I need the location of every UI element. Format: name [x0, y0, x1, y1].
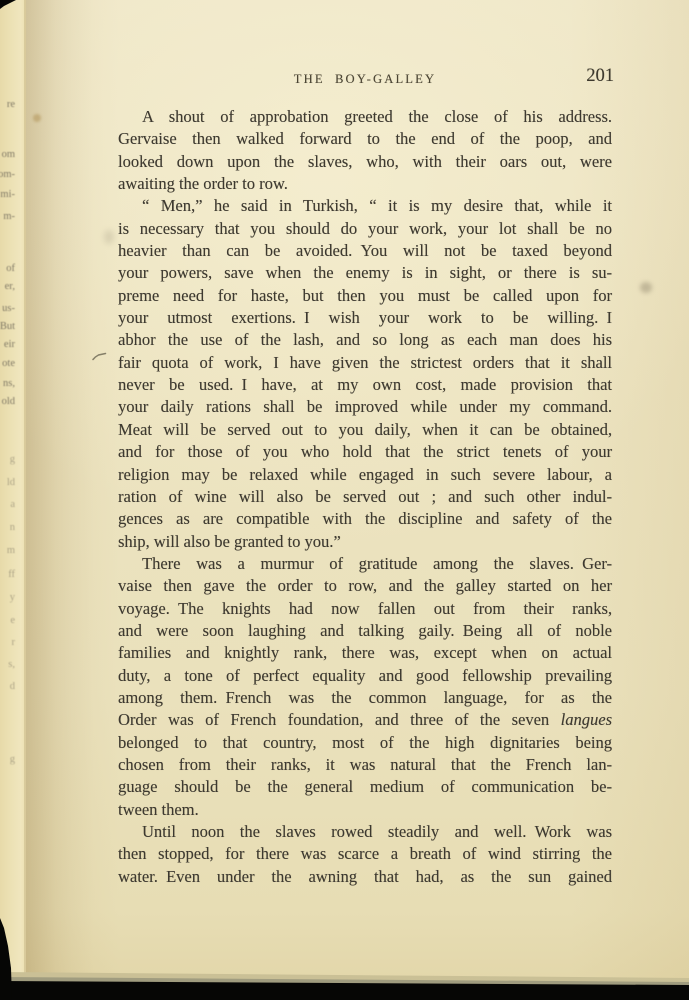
pencil-tick-mark: [92, 351, 107, 362]
edge-text-fragment: mi-: [0, 190, 15, 200]
edge-text-fragment: m: [7, 546, 15, 556]
edge-text-fragment: re: [7, 100, 15, 110]
text-line: duty, a tone of perfect equality and goo…: [118, 665, 612, 687]
text-line: tween them.: [118, 799, 612, 821]
edge-text-fragment: m-: [3, 212, 15, 222]
paragraph: “ Men,” he said in Turkish, “ it is my d…: [118, 195, 612, 553]
text-line: ship, will also be granted to you.”: [118, 531, 612, 553]
text-line: awaiting the order to row.: [118, 173, 612, 195]
edge-text-fragment: eir: [4, 340, 15, 350]
edge-text-fragment: om: [2, 150, 15, 160]
text-line: “ Men,” he said in Turkish, “ it is my d…: [118, 195, 612, 217]
text-line: vaise then gave the order to row, and th…: [118, 575, 612, 597]
edge-text-fragment: ote: [2, 359, 15, 369]
text-line: gences as are compatible with the discip…: [118, 508, 612, 530]
text-line: chosen from their ranks, it was natural …: [118, 754, 612, 776]
text-line: Until noon the slaves rowed steadily and…: [118, 821, 612, 843]
edge-text-fragment: om-: [0, 170, 15, 180]
edge-text-fragment: ld: [7, 478, 15, 488]
text-line: Gervaise then walked forward to the end …: [118, 128, 612, 150]
text-line: among them. French was the common langua…: [118, 687, 612, 709]
page-header: THE BOY-GALLEY 201: [118, 72, 612, 96]
edge-text-fragment: g: [10, 455, 15, 465]
text-line: preme need for haste, but then you must …: [118, 285, 612, 307]
text-line: ration of wine will also be served out ;…: [118, 486, 612, 508]
text-line: water. Even under the awning that had, a…: [118, 866, 612, 888]
paragraph: Until noon the slaves rowed steadily and…: [118, 821, 612, 888]
edge-text-fragment: n: [10, 523, 15, 533]
text-line: A shout of approbation greeted the close…: [118, 106, 612, 128]
text-line: and for those of you who hold that the s…: [118, 441, 612, 463]
text-line: Meat will be served out to you daily, wh…: [118, 419, 612, 441]
text-line: abhor the use of the lash, and so long a…: [118, 329, 612, 351]
edge-text-fragment: y: [10, 593, 15, 603]
text-line: your powers, save when the enemy is in s…: [118, 262, 612, 284]
edge-text-fragment: a: [10, 500, 15, 510]
text-line: families and knightly rank, there was, e…: [118, 642, 612, 664]
edge-text-fragment: us-: [2, 304, 15, 314]
text-line: and were soon laughing and talking gaily…: [118, 620, 612, 642]
edge-text-fragment: old: [2, 397, 15, 407]
text-line: then stopped, for there was scarce a bre…: [118, 843, 612, 865]
text-line: never be used. I have, at my own cost, m…: [118, 374, 612, 396]
running-title: THE BOY-GALLEY: [118, 72, 612, 87]
edge-text-fragment: er,: [5, 282, 15, 292]
scanned-book-page: reomom-mi-m-ofer,us-Buteirotens,oldgldan…: [0, 0, 689, 1000]
text-line: belonged to that country, most of the hi…: [118, 732, 612, 754]
edge-text-fragment: But: [0, 322, 15, 332]
paragraph: There was a murmur of gratitude among th…: [118, 553, 612, 821]
paragraph: A shout of approbation greeted the close…: [118, 106, 612, 195]
text-line: There was a murmur of gratitude among th…: [118, 553, 612, 575]
text-line: is necessary that you should do your wor…: [118, 218, 612, 240]
edge-text-fragment: r: [12, 638, 16, 648]
text-line: looked down upon the slaves, who, with t…: [118, 151, 612, 173]
text-line: guage should be the general medium of co…: [118, 776, 612, 798]
text-line: your utmost exertions. I wish your work …: [118, 307, 612, 329]
page-number: 201: [586, 66, 614, 87]
edge-text-fragment: of: [6, 264, 15, 274]
text-line: heavier than can be avoided. You will no…: [118, 240, 612, 262]
edge-text-fragment: e: [10, 616, 15, 626]
edge-text-fragment: d: [10, 682, 15, 692]
edge-text-fragment: ff: [8, 570, 15, 580]
text-line: fair quota of work, I have given the str…: [118, 352, 612, 374]
text-line: Order was of French foundation, and thre…: [118, 709, 612, 731]
edge-text-fragment: s,: [8, 660, 15, 670]
edge-text-fragment: ns,: [3, 379, 15, 389]
text-block: A shout of approbation greeted the close…: [118, 106, 612, 888]
text-line: religion may be relaxed while engaged in…: [118, 464, 612, 486]
edge-text-fragment: g: [10, 755, 15, 765]
text-line: voyage. The knights had now fallen out f…: [118, 598, 612, 620]
edge-fragments: reomom-mi-m-ofer,us-Buteirotens,oldgldan…: [0, 0, 16, 900]
text-line: your daily rations shall be improved whi…: [118, 396, 612, 418]
